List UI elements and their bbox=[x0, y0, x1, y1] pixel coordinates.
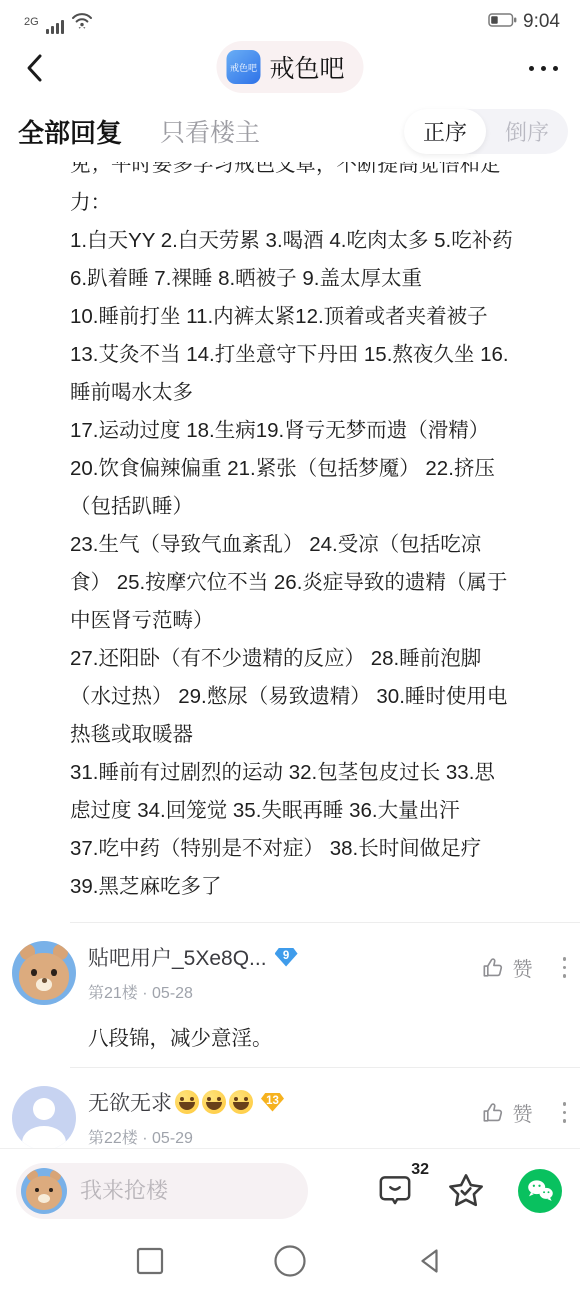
post-line: 1.白天YY 2.白天劳累 3.喝酒 4.吃肉太多 5.吃补药 bbox=[70, 222, 580, 260]
post-line: 27.还阳卧（有不少遗精的反应） 28.睡前泡脚 bbox=[70, 640, 580, 678]
post-line: 31.睡前有过剧烈的运动 32.包茎包皮过长 33.思 bbox=[70, 754, 580, 792]
back-nav-button[interactable] bbox=[415, 1246, 445, 1276]
home-button[interactable] bbox=[273, 1244, 307, 1278]
comment-actions: 赞 bbox=[480, 953, 571, 982]
android-nav-bar bbox=[0, 1232, 580, 1289]
post-line: 20.饮食偏辣偏重 21.紧张（包括梦魇） 22.挤压 bbox=[70, 450, 580, 488]
comment-item-21: 贴吧用户_5Xe8Q... 9 第21楼 · 05-28 八段锦，减少意淫。 赞 bbox=[0, 923, 580, 1067]
battery-icon bbox=[488, 13, 517, 32]
forum-badge-icon: 戒色吧 bbox=[226, 50, 260, 84]
status-left: 2G bbox=[24, 11, 93, 34]
back-triangle-icon bbox=[415, 1246, 445, 1276]
comment-more-button[interactable] bbox=[559, 1098, 571, 1127]
post-line: 食） 25.按摩穴位不当 26.炎症导致的遗精（属于 bbox=[70, 564, 580, 602]
post-line: 37.吃中药（特别是不对症） 38.长时间做足疗 bbox=[70, 830, 580, 868]
grinning-emoji bbox=[229, 1090, 253, 1114]
back-button[interactable] bbox=[22, 51, 56, 85]
comment-meta: 第22楼 · 05-29 bbox=[88, 1125, 568, 1148]
post-line: 6.趴着睡 7.裸睡 8.晒被子 9.盖太厚太重 bbox=[70, 260, 580, 298]
comment-meta: 第21楼 · 05-28 bbox=[88, 980, 568, 1003]
post-line: 13.艾灸不当 14.打坐意守下丹田 15.熬夜久坐 16. bbox=[70, 336, 580, 374]
thread-header: 戒色吧 戒色吧 bbox=[0, 36, 580, 100]
reply-input-pill[interactable] bbox=[16, 1163, 308, 1219]
like-button[interactable]: 赞 bbox=[480, 1098, 533, 1127]
tab-all-replies[interactable]: 全部回复 bbox=[18, 113, 122, 150]
post-line: 虑过度 34.回笼觉 35.失眠再睡 36.大量出汗 bbox=[70, 792, 580, 830]
recents-square-icon bbox=[135, 1246, 165, 1276]
comment-actions: 赞 bbox=[480, 1098, 571, 1127]
post-line: 39.黑芝麻吃多了 bbox=[70, 868, 580, 906]
post-line: 睡前喝水太多 bbox=[70, 374, 580, 412]
post-line: 23.生气（导致气血紊乱） 24.受凉（包括吃凉 bbox=[70, 526, 580, 564]
chat-bubble-icon bbox=[376, 1172, 414, 1209]
more-options-button[interactable] bbox=[529, 51, 558, 85]
clock-time: 9:04 bbox=[523, 11, 560, 33]
messages-button[interactable]: 32 bbox=[376, 1172, 414, 1209]
grinning-emoji bbox=[202, 1090, 226, 1114]
comment-content: 八段锦，减少意淫。 bbox=[88, 1021, 568, 1051]
post-line: 力： bbox=[70, 184, 580, 222]
tab-op-only[interactable]: 只看楼主 bbox=[160, 113, 260, 149]
sort-ascending-option[interactable]: 正序 bbox=[404, 109, 486, 154]
post-line: 17.运动过度 18.生病19.肾亏无梦而遗（滑精） bbox=[70, 412, 580, 450]
signal-strength-icon bbox=[46, 18, 64, 34]
status-right: 9:04 bbox=[488, 11, 560, 33]
like-label: 赞 bbox=[513, 1098, 533, 1127]
like-button[interactable]: 赞 bbox=[480, 953, 533, 982]
thumb-up-icon bbox=[480, 1100, 506, 1126]
recents-button[interactable] bbox=[135, 1246, 165, 1276]
avatar-bear[interactable] bbox=[12, 941, 76, 1005]
favorite-button[interactable] bbox=[446, 1172, 486, 1210]
wechat-icon bbox=[523, 1174, 557, 1208]
tieba-thread-screen: 2G 9:04 戒色吧 戒色吧 全部回复 只看楼主 正序 倒序 bbox=[0, 0, 580, 1289]
level-badge-icon: 13 bbox=[261, 1093, 284, 1112]
forum-title: 戒色吧 bbox=[269, 49, 344, 85]
star-check-icon bbox=[446, 1172, 486, 1210]
chevron-left-icon bbox=[22, 53, 46, 83]
grinning-emoji bbox=[175, 1090, 199, 1114]
comment-item-22: 无欲无求 13 第22楼 · 05-29 赞 bbox=[0, 1068, 580, 1158]
sort-descending-option[interactable]: 倒序 bbox=[486, 109, 568, 154]
post-content: 免；平时要多学习戒色文章，不断提高觉悟和定 力： 1.白天YY 2.白天劳累 3… bbox=[0, 162, 580, 906]
post-line: （水过热） 29.憋尿（易致遗精） 30.睡时使用电 bbox=[70, 678, 580, 716]
username[interactable]: 贴吧用户_5Xe8Q... bbox=[88, 942, 267, 972]
wifi-icon bbox=[71, 11, 93, 34]
forum-title-pill[interactable]: 戒色吧 戒色吧 bbox=[216, 41, 363, 93]
wechat-share-button[interactable] bbox=[518, 1169, 562, 1213]
like-label: 赞 bbox=[513, 953, 533, 982]
composer-actions: 32 bbox=[376, 1169, 562, 1213]
level-badge-icon: 9 bbox=[275, 948, 298, 967]
status-bar: 2G 9:04 bbox=[0, 0, 580, 36]
reply-input[interactable] bbox=[67, 1178, 277, 1204]
reply-composer-bar: 32 bbox=[0, 1148, 580, 1232]
post-line: 热毯或取暖器 bbox=[70, 716, 580, 754]
network-type-label: 2G bbox=[24, 16, 39, 28]
my-avatar bbox=[21, 1168, 67, 1214]
reply-filter-bar: 全部回复 只看楼主 正序 倒序 bbox=[0, 100, 580, 162]
home-circle-icon bbox=[273, 1244, 307, 1278]
sort-order-toggle: 正序 倒序 bbox=[404, 109, 568, 154]
post-line: （包括趴睡） bbox=[70, 488, 580, 526]
comment-more-button[interactable] bbox=[559, 953, 571, 982]
post-line: 免；平时要多学习戒色文章，不断提高觉悟和定 bbox=[70, 162, 580, 184]
post-line: 10.睡前打坐 11.内裤太紧12.顶着或者夹着被子 bbox=[70, 298, 580, 336]
avatar-default[interactable] bbox=[12, 1086, 76, 1150]
username[interactable]: 无欲无求 bbox=[88, 1087, 172, 1117]
post-line: 中医肾亏范畴） bbox=[70, 602, 580, 640]
thumb-up-icon bbox=[480, 955, 506, 981]
message-count-badge: 32 bbox=[411, 1161, 429, 1179]
